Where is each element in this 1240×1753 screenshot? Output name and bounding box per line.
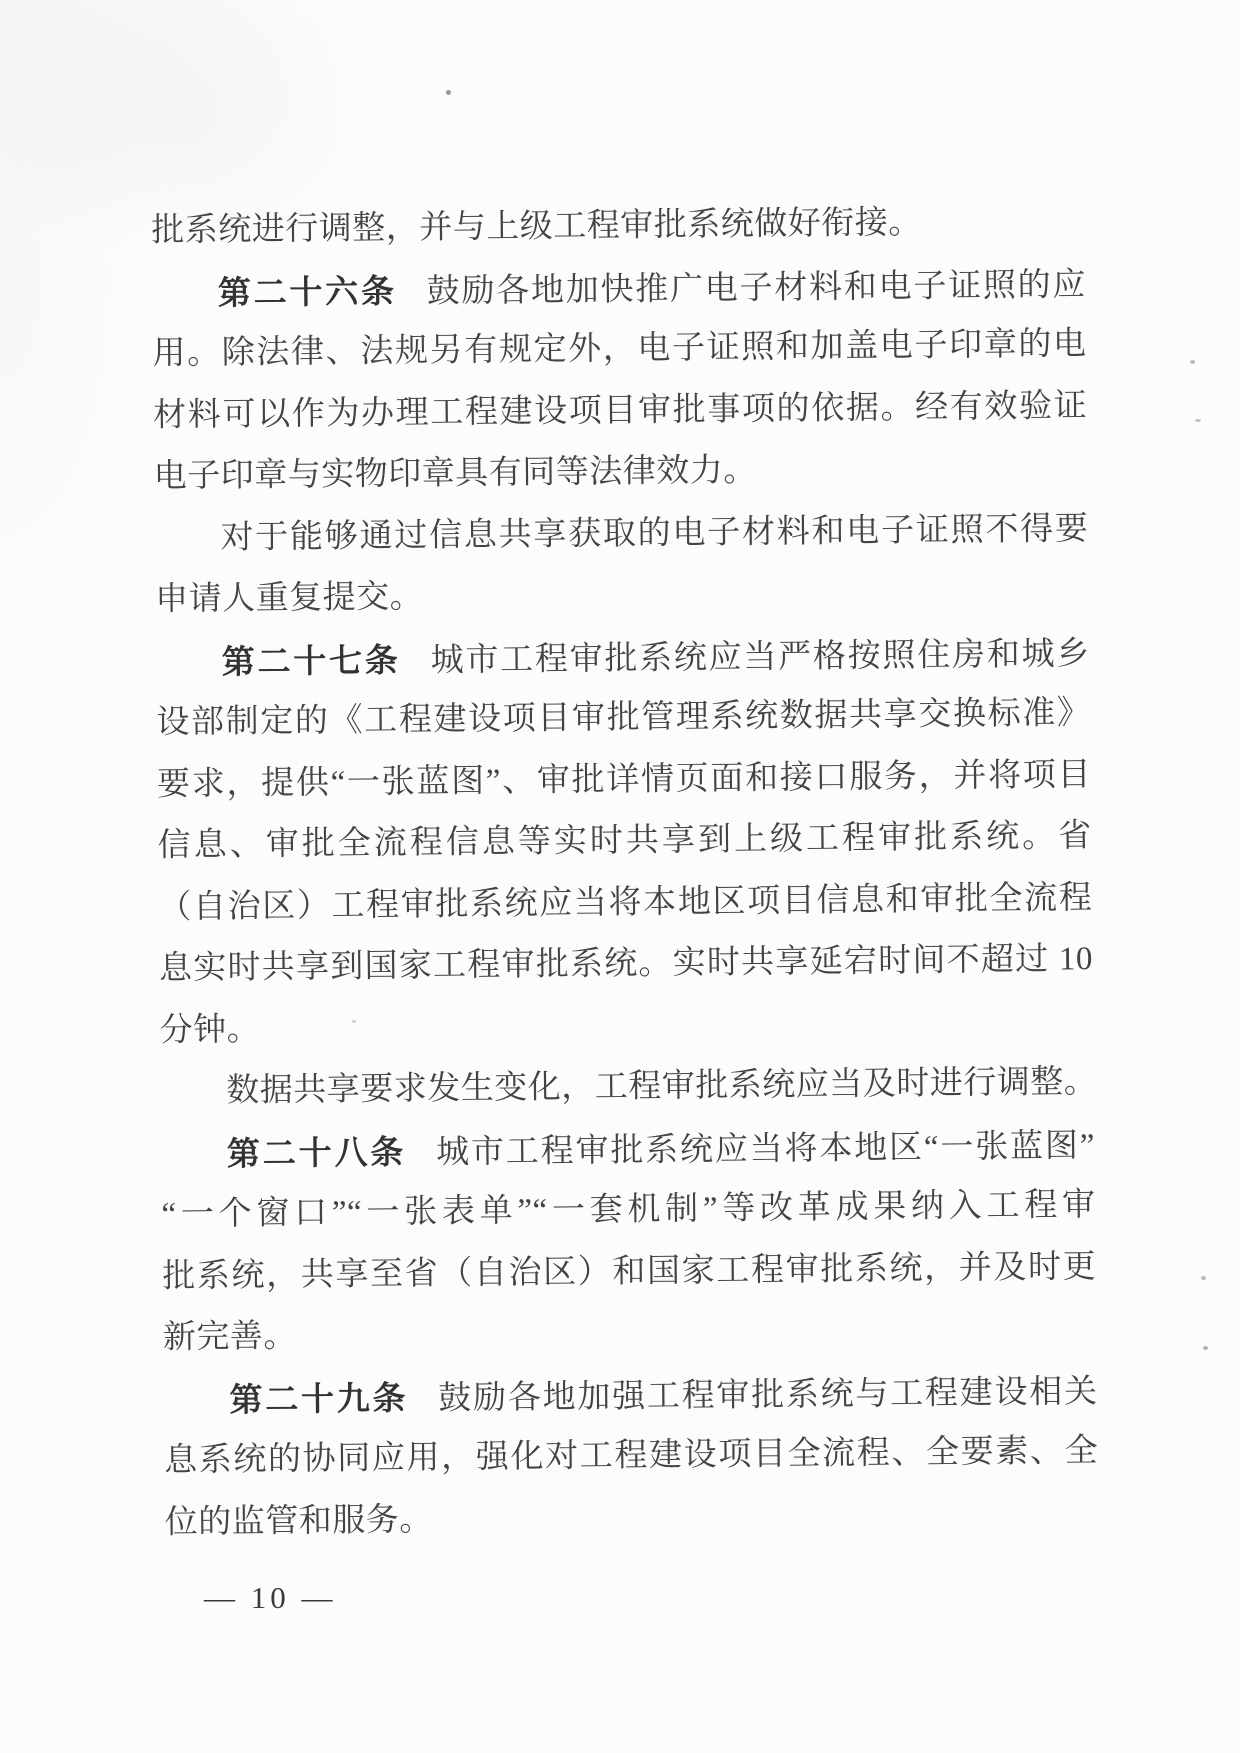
document-text: 批系统进行调整，并与上级工程审批系统做好衔接。第二十六条鼓励各地加快推广电子材料…: [151, 191, 1099, 1554]
article-number: 第二十七条: [222, 641, 401, 680]
text-line: 设部制定的《工程建设项目审批管理系统数据共享交换标准》: [156, 683, 1091, 754]
text-line: 批系统进行调整，并与上级工程审批系统做好衔接。: [151, 191, 1086, 262]
scan-speck: [1195, 419, 1201, 422]
article-number: 第二十九条: [229, 1379, 408, 1418]
scan-speck: [1201, 1276, 1206, 1280]
scan-speck: [446, 90, 451, 95]
article-heading-line: 第二十七条城市工程审批系统应当严格按照住房和城乡建: [155, 622, 1090, 693]
text-line: 对于能够通过信息共享获取的电子材料和电子证照不得要求: [154, 499, 1089, 570]
text-line: 材料可以作为办理工程建设项目审批事项的依据。经有效验证的: [153, 376, 1088, 447]
scan-speck: [352, 1020, 356, 1023]
text-line: 申请人重复提交。: [155, 560, 1090, 631]
text-line: 新完善。: [163, 1298, 1098, 1369]
text-line: 用。除法律、法规另有规定外，电子证照和加盖电子印章的电子: [152, 314, 1087, 385]
page-number: — 10 —: [204, 1580, 337, 1616]
text-line: 数据共享要求发生变化，工程审批系统应当及时进行调整。: [160, 1052, 1095, 1123]
scan-speck: [1203, 1346, 1208, 1350]
text-line: （自治区）工程审批系统应当将本地区项目信息和审批全流程信: [158, 868, 1093, 939]
article-heading-line: 第二十八条城市工程审批系统应当将本地区“一张蓝图”: [161, 1114, 1096, 1185]
text-line: 电子印章与实物印章具有同等法律效力。: [154, 437, 1089, 508]
text-line: 息系统的协同应用，强化对工程建设项目全流程、全要素、全方: [164, 1421, 1099, 1492]
text-line: 息实时共享到国家工程审批系统。实时共享延宕时间不超过 10: [159, 929, 1094, 1000]
article-number: 第二十六条: [218, 272, 397, 311]
scan-speck: [1190, 360, 1195, 364]
text-line: 分钟。: [159, 991, 1094, 1062]
text-line: 要求，提供“一张蓝图”、审批详情页面和接口服务，并将项目: [157, 745, 1092, 816]
text-line: 批系统，共享至省（自治区）和国家工程审批系统，并及时更: [162, 1237, 1097, 1308]
text-line: 位的监管和服务。: [164, 1483, 1099, 1554]
document-page: 批系统进行调整，并与上级工程审批系统做好衔接。第二十六条鼓励各地加快推广电子材料…: [0, 0, 1240, 1753]
article-number: 第二十八条: [227, 1133, 407, 1172]
text-line: “一个窗口”“一张表单”“一套机制”等改革成果纳入工程审: [161, 1175, 1096, 1246]
article-heading-line: 第二十六条鼓励各地加快推广电子材料和电子证照的应: [152, 253, 1087, 324]
article-heading-line: 第二十九条鼓励各地加强工程审批系统与工程建设相关信: [163, 1360, 1098, 1431]
text-line: 信息、审批全流程信息等实时共享到上级工程审批系统。省: [157, 806, 1092, 877]
